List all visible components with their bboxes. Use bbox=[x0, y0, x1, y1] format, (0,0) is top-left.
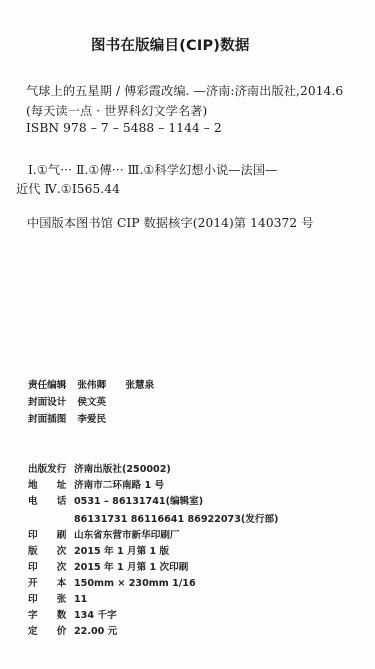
pub-value: 150mm × 230mm 1/16 bbox=[74, 578, 196, 589]
cip-library-number: 中国版本图书馆 CIP 数据核字(2014)第 140372 号 bbox=[27, 214, 314, 231]
pub-value: 86131731 86116641 86922073(发行部) bbox=[74, 514, 278, 525]
pub-label: 电 话 bbox=[28, 493, 74, 507]
pub-row-printing: 印 次2015 年 1 月第 1 次印刷 bbox=[28, 559, 188, 573]
pub-label: 定 价 bbox=[28, 623, 74, 637]
pub-label: 版 次 bbox=[28, 543, 74, 557]
pub-row-address: 地 址济南市二环南路 1 号 bbox=[28, 477, 164, 491]
credit-label: 封面插图 bbox=[28, 411, 74, 425]
credit-cover-illustration: 封面插图 李爱民 bbox=[28, 411, 106, 425]
pub-row-format: 开 本150mm × 230mm 1/16 bbox=[28, 575, 196, 589]
pub-value: 2015 年 1 月第 1 版 bbox=[74, 546, 169, 557]
pub-row-edition: 版 次2015 年 1 月第 1 版 bbox=[28, 543, 169, 557]
credit-value: 侯文英 bbox=[77, 397, 106, 408]
pub-value: 22.00 元 bbox=[74, 626, 117, 637]
credit-editor: 责任编辑 张伟卿 张慧泉 bbox=[28, 377, 154, 391]
pub-label: 印 次 bbox=[28, 559, 74, 573]
pub-label: 字 数 bbox=[28, 607, 74, 621]
cip-title-line: 气球上的五星期 / 傅彩霞改编. —济南:济南出版社,2014.6 bbox=[26, 82, 343, 99]
credit-label: 责任编辑 bbox=[28, 377, 74, 391]
credit-value: 张慧泉 bbox=[125, 380, 154, 391]
pub-value: 11 bbox=[74, 594, 87, 605]
pub-value: 济南出版社(250002) bbox=[74, 464, 171, 475]
pub-row-wordcount: 字 数134 千字 bbox=[28, 607, 117, 621]
pub-value: 0531 – 86131741(编辑室) bbox=[74, 496, 203, 507]
cip-subject-line-2: 近代 Ⅳ.①I565.44 bbox=[16, 180, 120, 197]
pub-value: 2015 年 1 月第 1 次印刷 bbox=[74, 562, 188, 573]
credit-value: 张伟卿 bbox=[77, 380, 106, 391]
cip-series-line: (每天读一点 · 世界科幻文学名著) bbox=[26, 102, 207, 119]
pub-label: 印 刷 bbox=[28, 527, 74, 541]
pub-row-phone: 电 话0531 – 86131741(编辑室) bbox=[28, 493, 203, 507]
pub-row-publisher: 出版发行济南出版社(250002) bbox=[28, 461, 171, 475]
pub-value: 134 千字 bbox=[74, 610, 117, 621]
credit-cover-design: 封面设计 侯文英 bbox=[28, 394, 106, 408]
credit-label: 封面设计 bbox=[28, 394, 74, 408]
pub-row-phone-sales: 86131731 86116641 86922073(发行部) bbox=[28, 511, 278, 525]
pub-row-printer: 印 刷山东省东营市新华印刷厂 bbox=[28, 527, 180, 541]
pub-value: 山东省东营市新华印刷厂 bbox=[74, 530, 180, 541]
credit-value: 李爱民 bbox=[77, 414, 106, 425]
cip-isbn: ISBN 978 – 7 – 5488 – 1144 – 2 bbox=[26, 121, 222, 135]
cip-subject-line-1: Ⅰ.①气··· Ⅱ.①傅··· Ⅲ.①科学幻想小说—法国— bbox=[28, 161, 277, 178]
cip-title: 图书在版编目(CIP)数据 bbox=[91, 34, 250, 55]
pub-row-sheets: 印 张11 bbox=[28, 591, 87, 605]
pub-label: 印 张 bbox=[28, 591, 74, 605]
pub-label: 地 址 bbox=[28, 477, 74, 491]
pub-label: 出版发行 bbox=[28, 461, 74, 475]
pub-row-price: 定 价22.00 元 bbox=[28, 623, 117, 637]
pub-label: 开 本 bbox=[28, 575, 74, 589]
pub-value: 济南市二环南路 1 号 bbox=[74, 480, 164, 491]
